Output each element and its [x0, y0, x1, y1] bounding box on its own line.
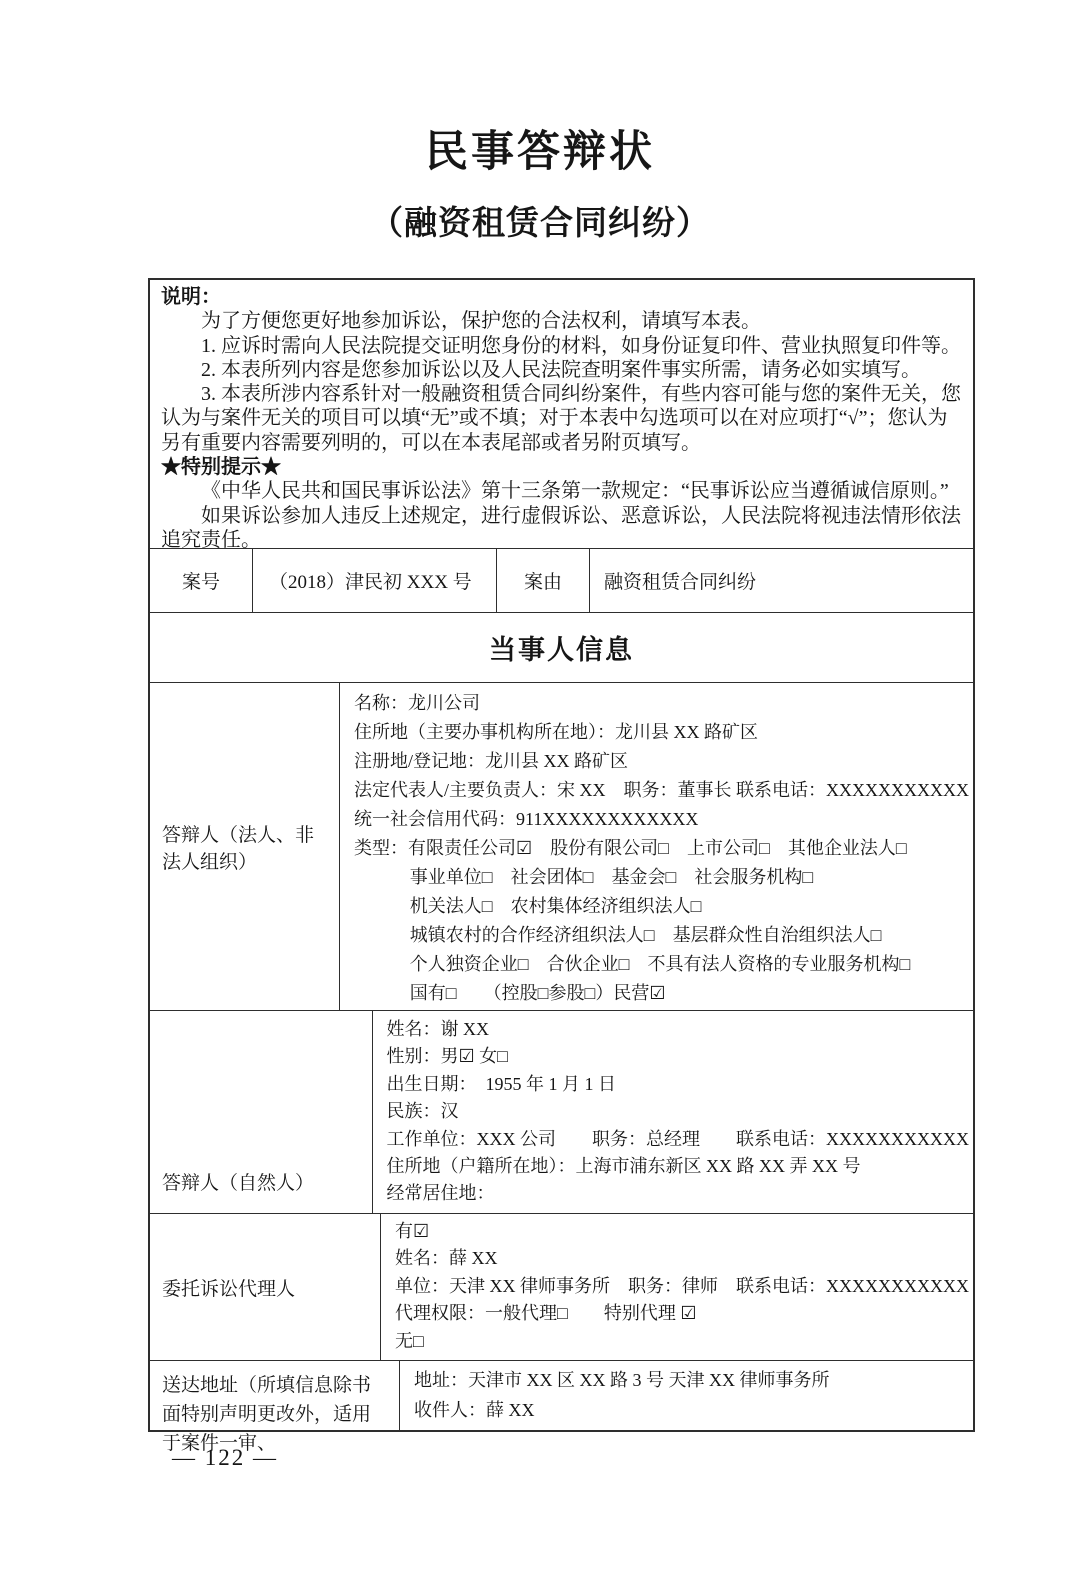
- form-table: 说明： 为了方便您更好地参加诉讼，保护您的合法权利，请填写本表。 1. 应诉时需…: [148, 278, 975, 1432]
- case-number-value: （2018）津民初 XXX 号: [253, 549, 497, 612]
- service-address-label: 送达地址（所填信息除书面特别声明更改外，适用于案件一审、: [150, 1361, 400, 1430]
- entity-type-checkbox-line: 国有□ （控股□参股□）民营☑: [354, 979, 969, 1008]
- party-info-header: 当事人信息: [150, 612, 973, 682]
- agent-name-line: 姓名：薛 XX: [395, 1245, 969, 1272]
- service-address-row: 送达地址（所填信息除书面特别声明更改外，适用于案件一审、 地址：天津市 XX 区…: [150, 1360, 973, 1430]
- cause-value: 融资租赁合同纠纷: [590, 549, 973, 612]
- entity-representative-line: 法定代表人/主要负责人：宋 XX 职务：董事长 联系电话：XXXXXXXXXXX: [354, 776, 969, 805]
- entity-credit-code-line: 统一社会信用代码：911XXXXXXXXXXXX: [354, 805, 969, 834]
- entity-name-line: 名称：龙川公司: [354, 689, 969, 718]
- person-birthdate-line: 出生日期： 1955 年 1 月 1 日: [387, 1071, 969, 1098]
- person-residence-line: 经常居住地：: [387, 1180, 969, 1207]
- document-page: 民事答辩状 （融资租赁合同纠纷） 说明： 为了方便您更好地参加诉讼，保护您的合法…: [0, 0, 1080, 1570]
- agent-label: 委托诉讼代理人: [150, 1214, 381, 1360]
- entity-type-checkbox-line: 城镇农村的合作经济组织法人□ 基层群众性自治组织法人□: [354, 921, 969, 950]
- case-number-label: 案号: [150, 549, 253, 612]
- entity-type-checkbox-line: 个人独资企业□ 合伙企业□ 不具有法人资格的专业服务机构□: [354, 950, 969, 979]
- person-name-line: 姓名：谢 XX: [387, 1016, 969, 1043]
- entity-type-checkbox-line: 类型：有限责任公司☑ 股份有限公司□ 上市公司□ 其他企业法人□: [354, 834, 969, 863]
- person-gender-checkbox-line: 性别：男☑ 女□: [387, 1043, 969, 1070]
- entity-type-checkbox-line: 事业单位□ 社会团体□ 基金会□ 社会服务机构□: [354, 863, 969, 892]
- instruction-paragraph: 1. 应诉时需向人民法院提交证明您身份的材料，如身份证复印件、营业执照复印件等。: [161, 334, 964, 358]
- cause-label: 案由: [497, 549, 590, 612]
- case-row: 案号 （2018）津民初 XXX 号 案由 融资租赁合同纠纷: [150, 548, 973, 612]
- instruction-paragraph: 为了方便您更好地参加诉讼，保护您的合法权利，请填写本表。: [161, 309, 964, 333]
- instructions-heading: 说明：: [161, 285, 964, 309]
- entity-type-checkbox-line: 机关法人□ 农村集体经济组织法人□: [354, 892, 969, 921]
- person-ethnicity-line: 民族：汉: [387, 1098, 969, 1125]
- entity-domicile-line: 住所地（主要办事机构所在地）：龙川县 XX 路矿区: [354, 718, 969, 747]
- respondent-person-content: 姓名：谢 XX 性别：男☑ 女□ 出生日期： 1955 年 1 月 1 日 民族…: [373, 1011, 973, 1213]
- person-domicile-line: 住所地（户籍所在地）：上海市浦东新区 XX 路 XX 弄 XX 号: [387, 1153, 969, 1180]
- instructions-section: 说明： 为了方便您更好地参加诉讼，保护您的合法权利，请填写本表。 1. 应诉时需…: [150, 280, 973, 548]
- respondent-person-label: 答辩人（自然人）: [150, 1011, 373, 1213]
- agent-none-checkbox-line: 无□: [395, 1328, 969, 1355]
- person-employer-line: 工作单位：XXX 公司 职务：总经理 联系电话：XXXXXXXXXXX: [387, 1126, 969, 1153]
- service-recipient-line: 收件人：薛 XX: [414, 1395, 969, 1425]
- respondent-entity-row: 答辩人（法人、非法人组织） 名称：龙川公司 住所地（主要办事机构所在地）：龙川县…: [150, 682, 973, 1010]
- instruction-paragraph: 3. 本表所涉内容系针对一般融资租赁合同纠纷案件，有些内容可能与您的案件无关，您…: [161, 382, 964, 455]
- agent-firm-line: 单位：天津 XX 律师事务所 职务：律师 联系电话：XXXXXXXXXXX: [395, 1273, 969, 1300]
- agent-authority-checkbox-line: 代理权限：一般代理□ 特别代理 ☑: [395, 1300, 969, 1327]
- page-number: — 122 —: [172, 1445, 278, 1471]
- special-notice-heading: ★特别提示★: [161, 455, 964, 479]
- special-notice-paragraph: 《中华人民共和国民事诉讼法》第十三条第一款规定：“民事诉讼应当遵循诚信原则。”: [161, 479, 964, 503]
- respondent-entity-label: 答辩人（法人、非法人组织）: [150, 683, 340, 1010]
- respondent-person-row: 答辩人（自然人） 姓名：谢 XX 性别：男☑ 女□ 出生日期： 1955 年 1…: [150, 1010, 973, 1213]
- service-address-content: 地址：天津市 XX 区 XX 路 3 号 天津 XX 律师事务所 收件人：薛 X…: [400, 1361, 973, 1430]
- entity-registration-line: 注册地/登记地：龙川县 XX 路矿区: [354, 747, 969, 776]
- respondent-entity-content: 名称：龙川公司 住所地（主要办事机构所在地）：龙川县 XX 路矿区 注册地/登记…: [340, 683, 973, 1010]
- agent-row: 委托诉讼代理人 有☑ 姓名：薛 XX 单位：天津 XX 律师事务所 职务：律师 …: [150, 1213, 973, 1360]
- agent-has-checkbox-line: 有☑: [395, 1218, 969, 1245]
- document-title: 民事答辩状: [0, 118, 1080, 179]
- agent-content: 有☑ 姓名：薛 XX 单位：天津 XX 律师事务所 职务：律师 联系电话：XXX…: [381, 1214, 973, 1360]
- title-block: 民事答辩状 （融资租赁合同纠纷）: [0, 118, 1080, 244]
- document-subtitle: （融资租赁合同纠纷）: [0, 197, 1080, 244]
- instruction-paragraph: 2. 本表所列内容是您参加诉讼以及人民法院查明案件事实所需，请务必如实填写。: [161, 358, 964, 382]
- service-address-line: 地址：天津市 XX 区 XX 路 3 号 天津 XX 律师事务所: [414, 1365, 969, 1395]
- special-notice-paragraph: 如果诉讼参加人违反上述规定，进行虚假诉讼、恶意诉讼，人民法院将视违法情形依法追究…: [161, 504, 964, 553]
